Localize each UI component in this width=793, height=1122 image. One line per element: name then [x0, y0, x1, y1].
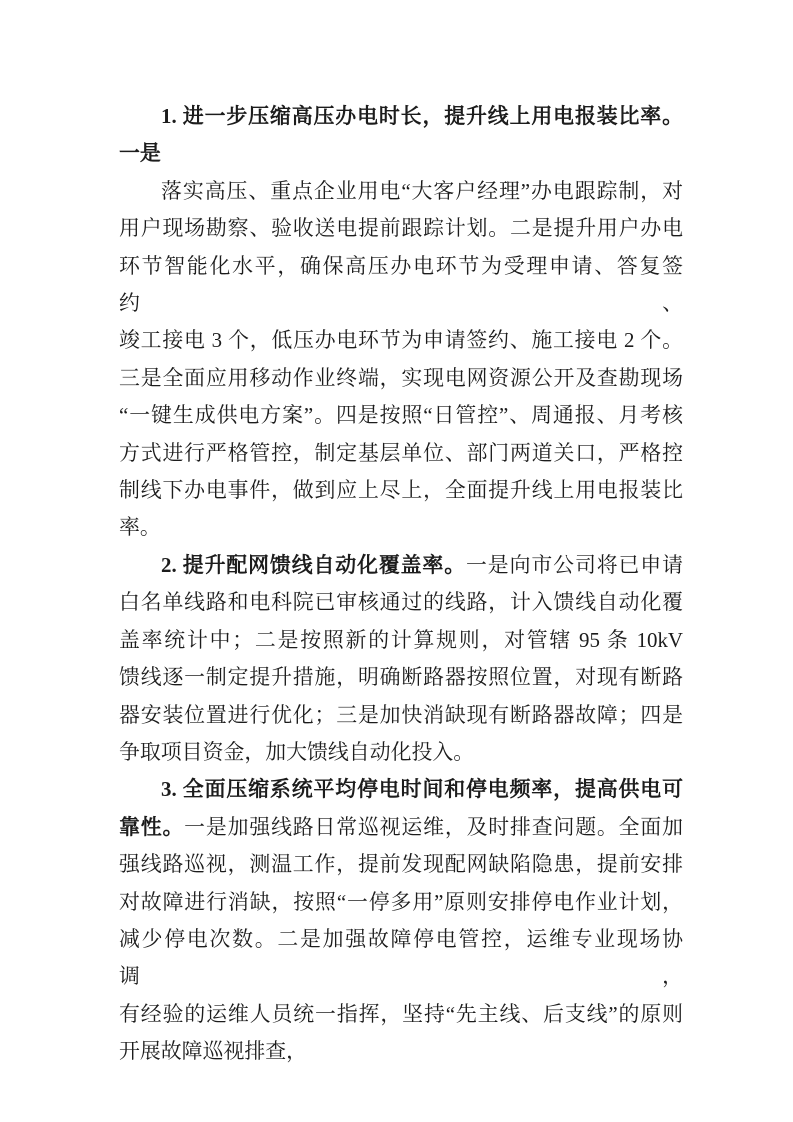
- document-page: 1. 进一步压缩高压办电时长，提升线上用电报装比率。一是落实高压、重点企业用电“…: [0, 0, 793, 1122]
- text-line: 用户现场勘察、验收送电提前跟踪计划。二是提升用户办电: [119, 210, 683, 247]
- text-line: 三是全面应用移动作业终端，实现电网资源公开及查勘现场: [119, 360, 683, 397]
- text-run: 白名单线路和电科院已审核通过的线路，计入馈线自动化覆: [119, 590, 683, 614]
- text-line: 靠性。一是加强线路日常巡视运维，及时排查问题。全面加: [119, 809, 683, 846]
- text-line: 器安装位置进行优化；三是加快消缺现有断路器故障；四是: [119, 697, 683, 734]
- text-run: 方式进行严格管控，制定基层单位、部门两道关口，严格控: [119, 441, 683, 465]
- section-1-heading: 1. 进一步压缩高压办电时长，提升线上用电报装比率。一是: [119, 98, 683, 173]
- text-run: 减少停电次数。二是加强故障停电管控，运维专业现场协调，: [119, 927, 683, 988]
- text-run: 馈线逐一制定提升措施，明确断路器按照位置，对现有断路: [119, 665, 683, 689]
- text-line: 有经验的运维人员统一指挥，坚持“先主线、后支线”的原则: [119, 996, 683, 1033]
- bold-text-run: 靠性。: [119, 815, 184, 839]
- text-line: 强线路巡视，测温工作，提前发现配网缺陷隐患，提前安排: [119, 846, 683, 883]
- bold-text-run: 一是: [119, 141, 161, 165]
- text-line: 争取项目资金，加大馈线自动化投入。: [119, 734, 683, 771]
- bold-text-run: 1. 进一步压缩高压办电时长，提升线上用电报装比率。: [161, 104, 683, 128]
- text-run: 用户现场勘察、验收送电提前跟踪计划。二是提升用户办电: [119, 216, 683, 240]
- text-line: 开展故障巡视排查，: [119, 1033, 683, 1070]
- text-run: 制线下办电事件，做到应上尽上，全面提升线上用电报装比: [119, 478, 683, 502]
- text-line: 馈线逐一制定提升措施，明确断路器按照位置，对现有断路: [119, 659, 683, 696]
- text-run: “一键生成供电方案”。四是按照“日管控”、周通报、月考核: [119, 403, 683, 427]
- text-run: 强线路巡视，测温工作，提前发现配网缺陷隐患，提前安排: [119, 852, 683, 876]
- text-run: 三是全面应用移动作业终端，实现电网资源公开及查勘现场: [119, 366, 683, 390]
- text-line: 竣工接电 3 个，低压办电环节为申请签约、施工接电 2 个。: [119, 322, 683, 359]
- text-line: 2. 提升配网馈线自动化覆盖率。一是向市公司将已申请: [119, 547, 683, 584]
- text-line: “一键生成供电方案”。四是按照“日管控”、周通报、月考核: [119, 397, 683, 434]
- text-line: 白名单线路和电科院已审核通过的线路，计入馈线自动化覆: [119, 584, 683, 621]
- text-run: 器安装位置进行优化；三是加快消缺现有断路器故障；四是: [119, 703, 683, 727]
- text-line: 一是: [119, 135, 683, 172]
- text-run: 争取项目资金，加大馈线自动化投入。: [119, 740, 474, 764]
- text-run: 环节智能化水平，确保高压办电环节为受理申请、答复签约、: [119, 254, 683, 315]
- text-run: 一是向市公司将已申请: [466, 553, 683, 577]
- text-run: 对故障进行消缺，按照“一停多用”原则安排停电作业计划，: [119, 890, 683, 914]
- text-line: 1. 进一步压缩高压办电时长，提升线上用电报装比率。: [119, 98, 683, 135]
- text-line: 环节智能化水平，确保高压办电环节为受理申请、答复签约、: [119, 248, 683, 323]
- text-run: 开展故障巡视排查，: [119, 1039, 307, 1063]
- text-line: 方式进行严格管控，制定基层单位、部门两道关口，严格控: [119, 435, 683, 472]
- text-line: 减少停电次数。二是加强故障停电管控，运维专业现场协调，: [119, 921, 683, 996]
- text-line: 3. 全面压缩系统平均停电时间和停电频率，提高供电可: [119, 771, 683, 808]
- text-run: 率。: [119, 515, 161, 539]
- section-1-body: 落实高压、重点企业用电“大客户经理”办电跟踪制，对用户现场勘察、验收送电提前跟踪…: [119, 173, 683, 547]
- text-run: 一是加强线路日常巡视运维，及时排查问题。全面加: [184, 815, 683, 839]
- text-line: 制线下办电事件，做到应上尽上，全面提升线上用电报装比: [119, 472, 683, 509]
- section-3: 3. 全面压缩系统平均停电时间和停电频率，提高供电可靠性。一是加强线路日常巡视运…: [119, 771, 683, 1070]
- section-2: 2. 提升配网馈线自动化覆盖率。一是向市公司将已申请白名单线路和电科院已审核通过…: [119, 547, 683, 771]
- text-run: 落实高压、重点企业用电“大客户经理”办电跟踪制，对: [161, 179, 683, 203]
- bold-text-run: 3. 全面压缩系统平均停电时间和停电频率，提高供电可: [161, 777, 683, 801]
- document-body: 1. 进一步压缩高压办电时长，提升线上用电报装比率。一是落实高压、重点企业用电“…: [119, 98, 683, 1071]
- text-line: 率。: [119, 509, 683, 546]
- text-line: 盖率统计中；二是按照新的计算规则，对管辖 95 条 10kV: [119, 622, 683, 659]
- bold-text-run: 2. 提升配网馈线自动化覆盖率。: [161, 553, 466, 577]
- text-run: 竣工接电 3 个，低压办电环节为申请签约、施工接电 2 个。: [119, 328, 683, 352]
- text-line: 落实高压、重点企业用电“大客户经理”办电跟踪制，对: [119, 173, 683, 210]
- text-run: 有经验的运维人员统一指挥，坚持“先主线、后支线”的原则: [119, 1002, 683, 1026]
- text-line: 对故障进行消缺，按照“一停多用”原则安排停电作业计划，: [119, 884, 683, 921]
- text-run: 盖率统计中；二是按照新的计算规则，对管辖 95 条 10kV: [119, 628, 683, 652]
